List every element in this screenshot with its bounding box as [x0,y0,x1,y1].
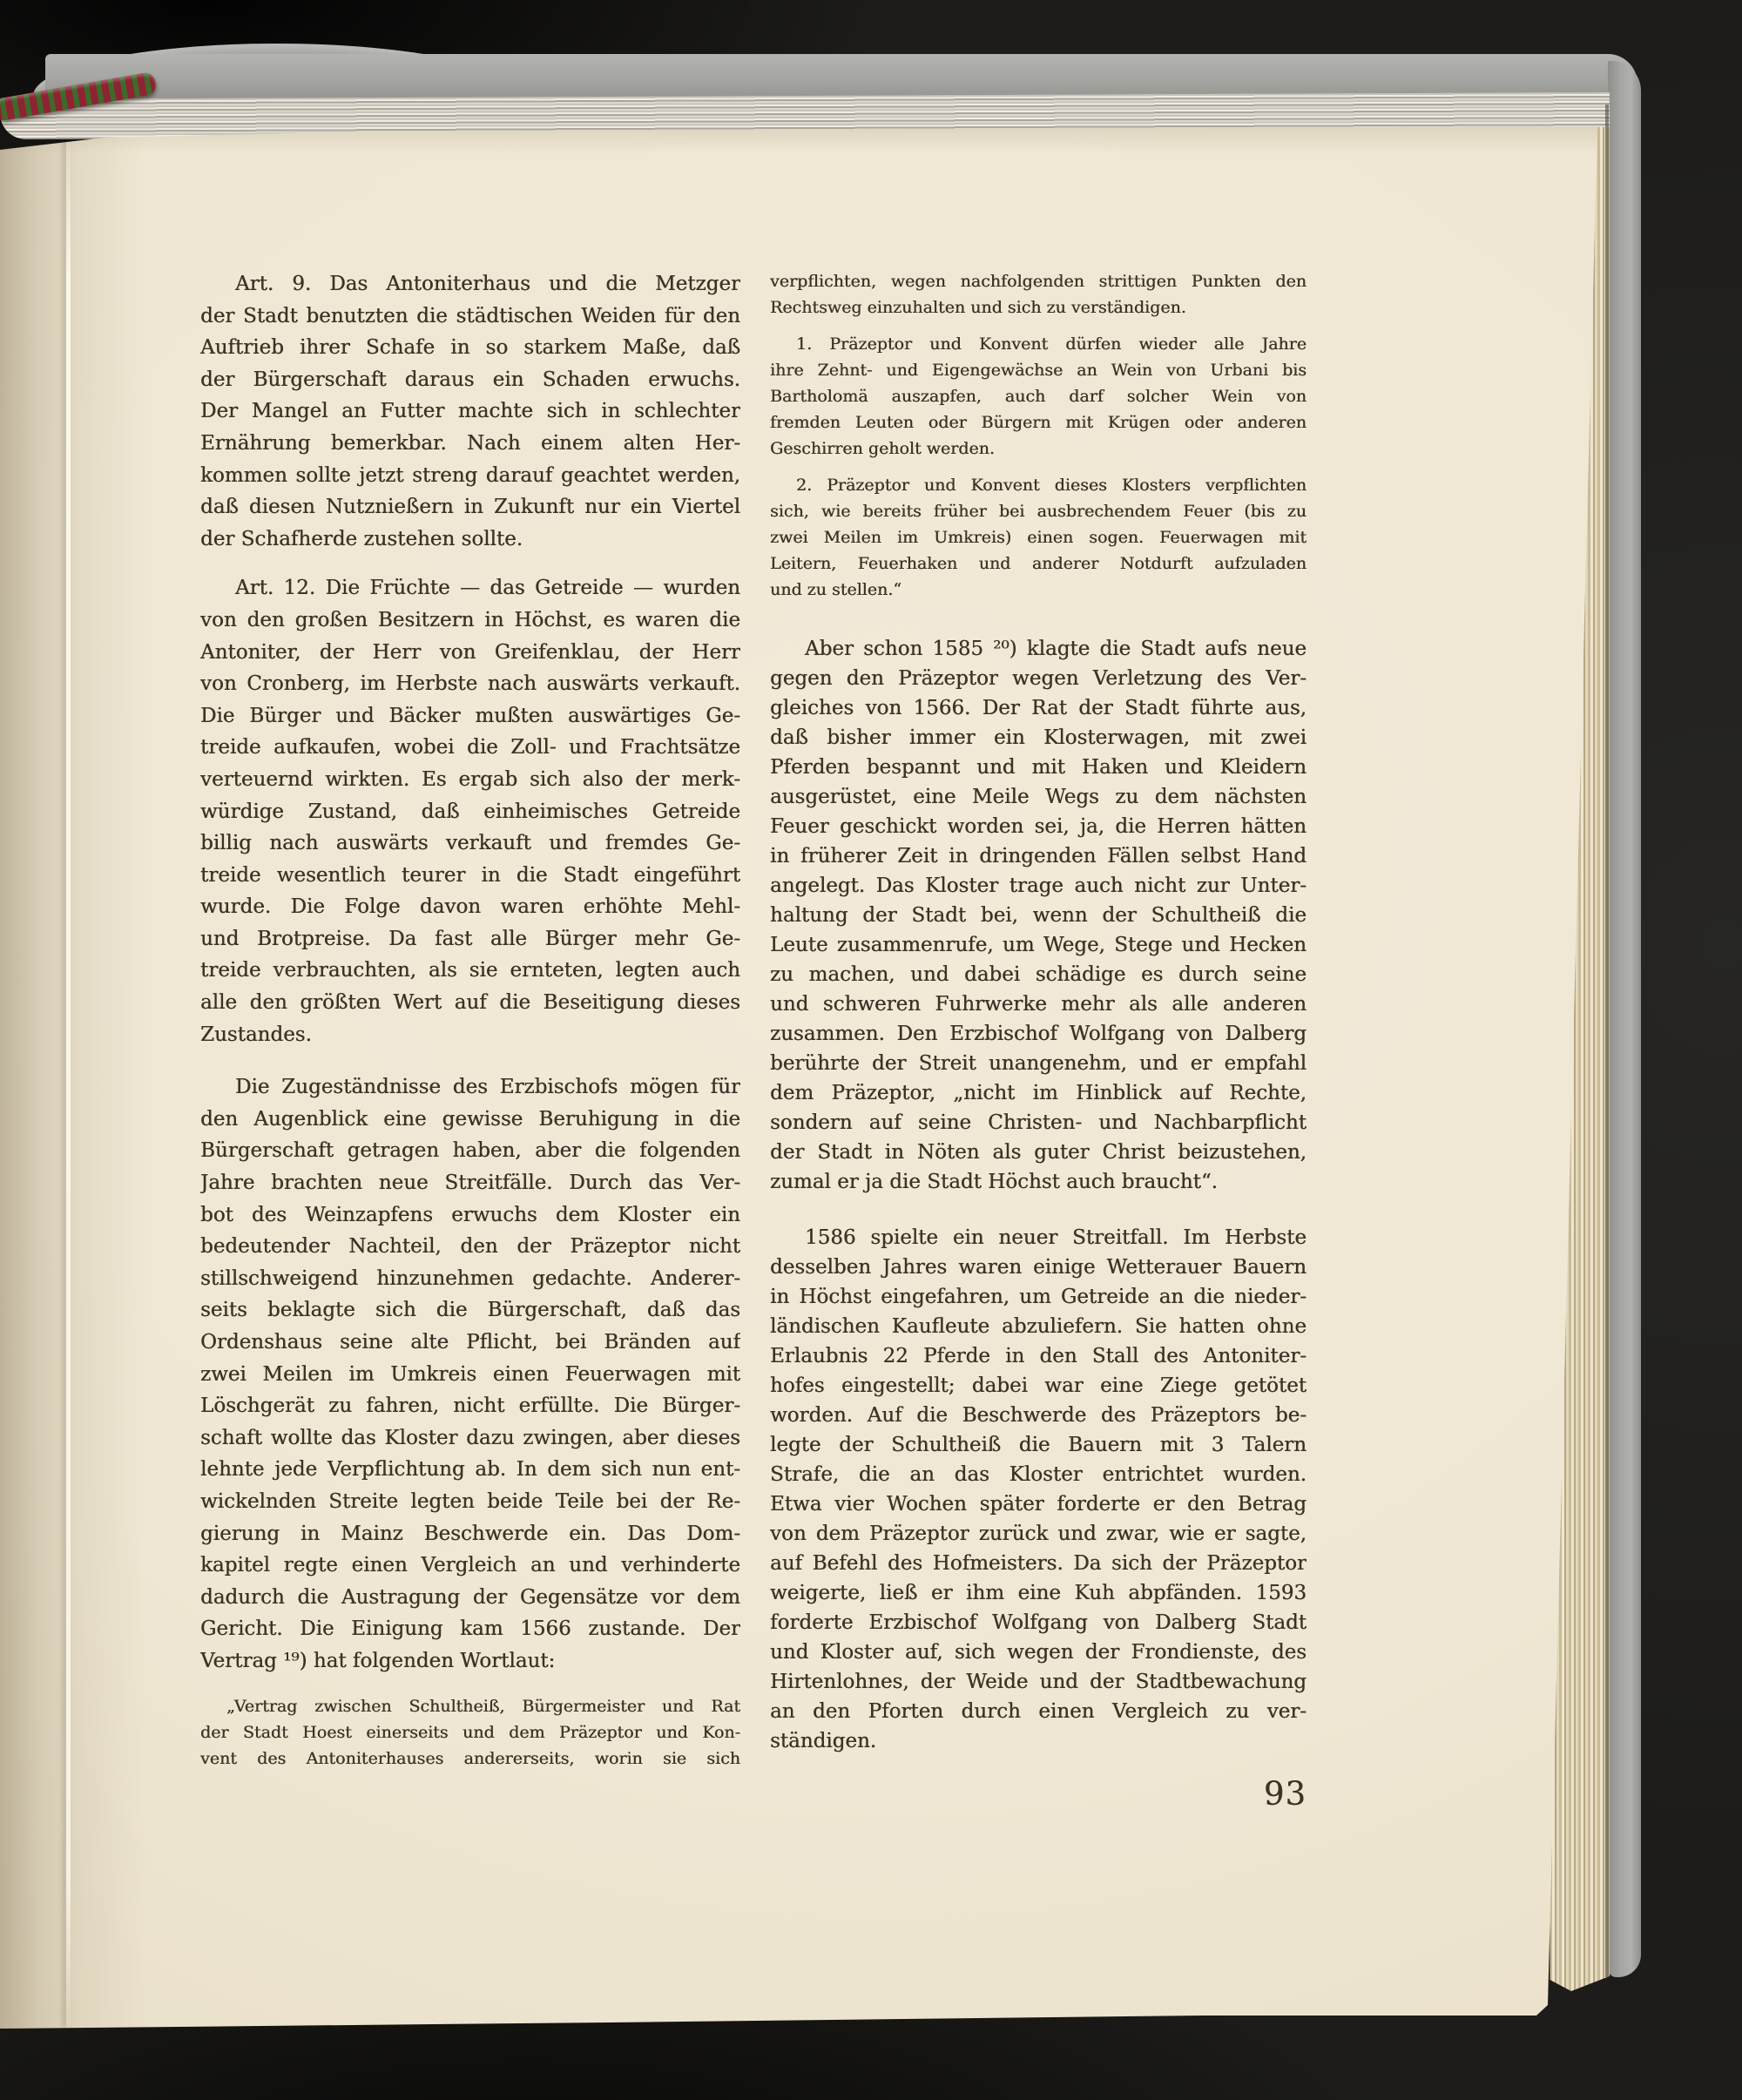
text-line: Antoniter, der Herr von Greifenklau, der… [200,637,740,669]
text-line: lehnte jede Verpflichtung ab. In dem sic… [200,1454,740,1486]
text-line: zu machen, und dabei schädige es durch s… [770,960,1306,989]
text-line: Löschgerät zu fahren, nicht erfüllte. Di… [200,1390,740,1422]
text-line: treide verbrauchten, als sie ernteten, l… [200,955,740,987]
text-line: Etwa vier Wochen später forderte er den … [770,1489,1306,1519]
cover-gap-shadow [1605,105,1609,1977]
text-line: daß bisher immer ein Klosterwagen, mit z… [770,723,1306,753]
text-line: desselben Jahres waren einige Wetterauer… [770,1253,1306,1282]
text-line: sich, wie bereits früher bei ausbrechend… [770,498,1306,524]
text-column-right: verpflichten, wegen nachfolgenden stritt… [770,268,1306,1756]
text-line: zusammen. Den Erzbischof Wolfgang von Da… [770,1019,1306,1049]
text-line: und zu stellen.“ [770,577,1306,603]
text-line: bedeutender Nachteil, den der Präzeptor … [200,1231,740,1263]
text-line: Rechtsweg einzuhalten und sich zu verstä… [770,294,1306,321]
text-line: schaft wollte das Kloster dazu zwingen, … [200,1422,740,1455]
text-line: Die Zugeständnisse des Erzbischofs mögen… [200,1071,740,1104]
text-line: 2. Präzeptor und Konvent dieses Klosters… [770,472,1306,498]
text-line: Auftrieb ihrer Schafe in so starkem Maße… [200,332,740,364]
paragraph: 1. Präzeptor und Konvent dürfen wieder a… [770,331,1306,462]
paragraph: Art. 9. Das Antoniterhaus und die Metzge… [200,268,740,555]
text-line: fremden Leuten oder Bürgern mit Krügen o… [770,409,1306,436]
text-line: auf Befehl des Hofmeisters. Da sich der … [770,1549,1306,1578]
text-line: haltung der Stadt bei, wenn der Schulthe… [770,901,1306,930]
text-line: wickelnden Streite legten beide Teile be… [200,1486,740,1518]
text-line: worden. Auf die Beschwerde des Präzeptor… [770,1401,1306,1430]
paragraph: Aber schon 1585 ²⁰) klagte die Stadt auf… [770,634,1306,1197]
book-page: Art. 9. Das Antoniterhaus und die Metzge… [0,122,1603,2034]
text-line: der Stadt Hoest einerseits und dem Präze… [200,1719,740,1745]
text-line: ständigen. [770,1726,1306,1756]
text-line: Die Bürger und Bäcker mußten auswärtiges… [200,700,740,733]
text-line: wurde. Die Folge davon waren erhöhte Meh… [200,891,740,923]
text-line: der Schafherde zustehen sollte. [200,523,740,556]
text-line: den Augenblick eine gewisse Beruhigung i… [200,1104,740,1136]
text-line: Art. 12. Die Früchte — das Getreide — wu… [200,572,740,604]
page-number: 93 [770,1775,1306,1813]
text-line: Feuer geschickt worden sei, ja, die Herr… [770,812,1306,841]
text-line: verteuernd wirkten. Es ergab sich also d… [200,764,740,796]
text-line: bot des Weinzapfens erwuchs dem Kloster … [200,1199,740,1232]
text-line: von dem Präzeptor zurück und zwar, wie e… [770,1519,1306,1549]
text-line: in Höchst eingefahren, um Getreide an di… [770,1282,1306,1312]
text-line: angelegt. Das Kloster trage auch nicht z… [770,871,1306,901]
text-line: und Brotpreise. Da fast alle Bürger mehr… [200,923,740,955]
paragraph: verpflichten, wegen nachfolgenden stritt… [770,268,1306,321]
text-line: von den großen Besitzern in Höchst, es w… [200,604,740,637]
text-column-left: Art. 9. Das Antoniterhaus und die Metzge… [200,268,740,1772]
gutter-crease [66,129,71,2028]
text-line: Der Mangel an Futter machte sich in schl… [200,395,740,428]
text-line: treide aufkaufen, wobei die Zoll- und Fr… [200,732,740,764]
text-line: und schweren Fuhrwerke mehr als alle and… [770,989,1306,1019]
text-line: Erlaubnis 22 Pferde in den Stall des Ant… [770,1341,1306,1371]
paragraph: 2. Präzeptor und Konvent dieses Klosters… [770,472,1306,603]
text-line: verpflichten, wegen nachfolgenden stritt… [770,268,1306,294]
text-line: legte der Schultheiß die Bauern mit 3 Ta… [770,1430,1306,1460]
text-line: stillschweigend hinzunehmen gedachte. An… [200,1263,740,1295]
gutter-shadow [0,122,165,2034]
text-line: dem Präzeptor, „nicht im Hinblick auf Re… [770,1078,1306,1108]
text-line: an den Pforten durch einen Vergleich zu … [770,1697,1306,1726]
paragraph: Art. 12. Die Früchte — das Getreide — wu… [200,572,740,1050]
text-line: alle den größten Wert auf die Beseitigun… [200,987,740,1019]
text-line: berührte der Streit unangenehm, und er e… [770,1049,1306,1078]
text-line: in früherer Zeit in dringenden Fällen se… [770,841,1306,871]
text-line: daß diesen Nutznießern in Zukunft nur ei… [200,491,740,523]
text-line: 1586 spielte ein neuer Streitfall. Im He… [770,1223,1306,1253]
text-line: Geschirren geholt werden. [770,436,1306,462]
text-line: ländischen Kaufleute abzuliefern. Sie ha… [770,1312,1306,1341]
text-line: forderte Erzbischof Wolfgang von Dalberg… [770,1608,1306,1637]
text-line: kapitel regte einen Vergleich an und ver… [200,1550,740,1582]
text-line: zwei Meilen im Umkreis) einen sogen. Feu… [770,524,1306,550]
text-line: von Cronberg, im Herbste nach auswärts v… [200,668,740,700]
text-line: seits beklagte sich die Bürgerschaft, da… [200,1294,740,1327]
text-line: gegen den Präzeptor wegen Verletzung des… [770,664,1306,693]
text-line: Bartholomä auszapfen, auch darf solcher … [770,383,1306,409]
text-line: Gericht. Die Einigung kam 1566 zustande.… [200,1613,740,1645]
text-line: ihre Zehnt- und Eigengewächse an Wein vo… [770,357,1306,383]
text-line: Leute zusammenrufe, um Wege, Stege und H… [770,930,1306,960]
text-line: hofes eingestellt; dabei war eine Ziege … [770,1371,1306,1401]
text-line: Hirtenlohnes, der Weide und der Stadtbew… [770,1667,1306,1697]
text-line: „Vertrag zwischen Schultheiß, Bürgermeis… [200,1693,740,1719]
text-line: vent des Antoniterhauses andererseits, w… [200,1745,740,1772]
text-line: Pferden bespannt und mit Haken und Kleid… [770,753,1306,782]
text-line: ausgerüstet, eine Meile Wegs zu dem näch… [770,782,1306,812]
text-line: treide wesentlich teurer in die Stadt ei… [200,860,740,892]
text-line: weigerte, ließ er ihm eine Kuh abpfänden… [770,1578,1306,1608]
paragraph: Die Zugeständnisse des Erzbischofs mögen… [200,1071,740,1677]
text-line: und Kloster auf, sich wegen der Frondien… [770,1637,1306,1667]
text-line: kommen sollte jetzt streng darauf geacht… [200,460,740,492]
text-line: Vertrag ¹⁹) hat folgenden Wortlaut: [200,1645,740,1678]
text-line: der Bürgerschaft daraus ein Schaden erwu… [200,364,740,396]
text-line: dadurch die Austragung der Gegensätze vo… [200,1582,740,1614]
text-line: Leitern, Feuerhaken und anderer Notdurft… [770,550,1306,577]
text-line: Art. 9. Das Antoniterhaus und die Metzge… [200,268,740,300]
text-line: billig nach auswärts verkauft und fremde… [200,827,740,860]
text-line: Ernährung bemerkbar. Nach einem alten He… [200,428,740,460]
text-line: Ordenshaus seine alte Pflicht, bei Bränd… [200,1327,740,1359]
text-line: Bürgerschaft getragen haben, aber die fo… [200,1135,740,1167]
book-cover-right-edge [1608,61,1641,1977]
text-line: Strafe, die an das Kloster entrichtet wu… [770,1460,1306,1489]
text-line: der Stadt in Nöten als guter Christ beiz… [770,1138,1306,1167]
text-line: gierung in Mainz Beschwerde ein. Das Dom… [200,1518,740,1550]
text-line: Zustandes. [200,1019,740,1051]
paragraph: „Vertrag zwischen Schultheiß, Bürgermeis… [200,1693,740,1772]
text-line: der Stadt benutzten die städtischen Weid… [200,300,740,333]
text-line: zumal er ja die Stadt Höchst auch brauch… [770,1167,1306,1197]
text-line: 1. Präzeptor und Konvent dürfen wieder a… [770,331,1306,357]
text-line: sondern auf seine Christen- und Nachbarp… [770,1108,1306,1138]
paragraph: 1586 spielte ein neuer Streitfall. Im He… [770,1223,1306,1756]
text-line: würdige Zustand, daß einheimisches Getre… [200,796,740,828]
text-line: zwei Meilen im Umkreis einen Feuerwagen … [200,1359,740,1391]
text-line: Jahre brachten neue Streitfälle. Durch d… [200,1167,740,1199]
text-line: gleiches von 1566. Der Rat der Stadt füh… [770,693,1306,723]
text-line: Aber schon 1585 ²⁰) klagte die Stadt auf… [770,634,1306,664]
